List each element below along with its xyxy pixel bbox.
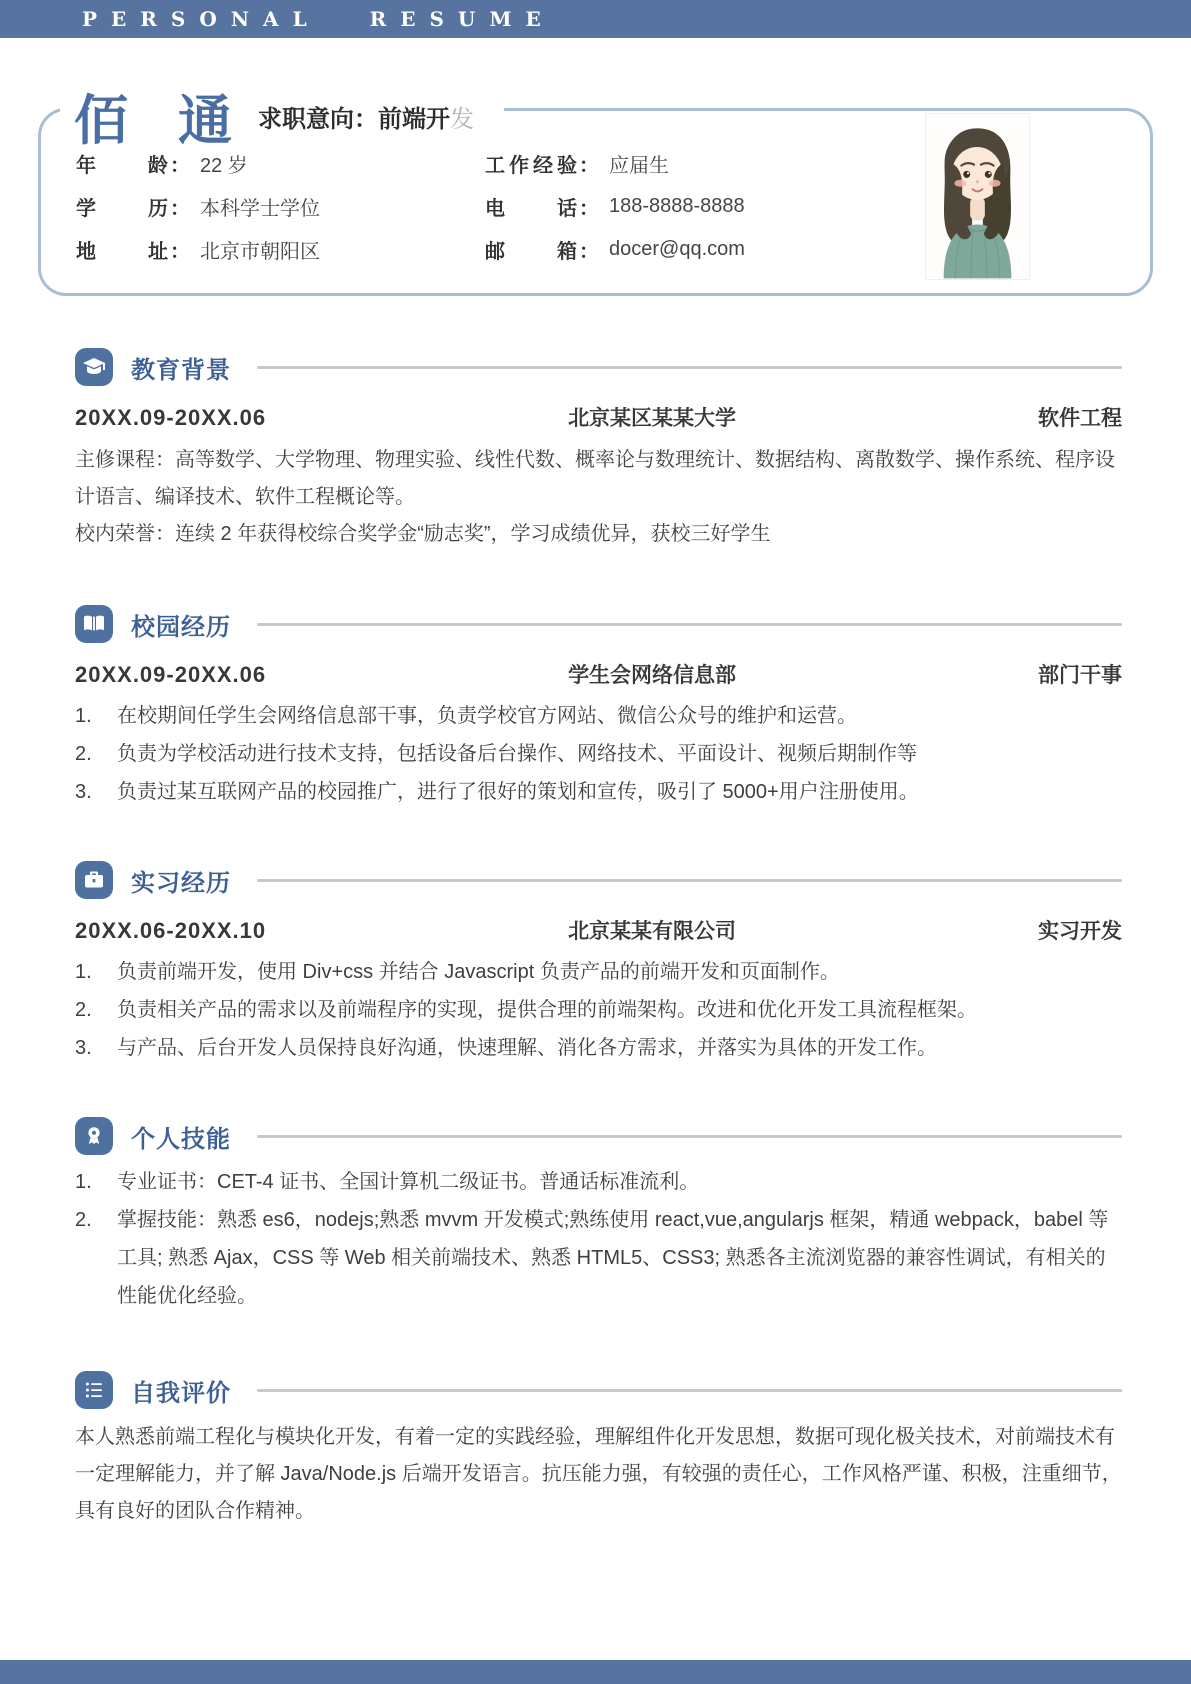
briefcase-icon — [82, 868, 106, 892]
item-text: 专业证书：CET-4 证书、全国计算机二级证书。普通话标准流利。 — [117, 1163, 1122, 1201]
skills-badge — [75, 1117, 113, 1155]
item-number: 1. — [75, 953, 117, 991]
education-courses: 主修课程：高等数学、大学物理、物理实验、线性代数、概率论与数理统计、数据结构、离… — [75, 442, 1122, 516]
education-date: 20XX.09-20XX.06 — [75, 405, 266, 431]
item-number: 3. — [75, 1029, 117, 1067]
candidate-name: 佰通 — [74, 94, 282, 148]
bullet-list-icon — [82, 1378, 106, 1402]
profile-info-grid: 年龄：22 岁 学历：本科学士学位 地址：北京市朝阳区 工作经验：应届生 电话：… — [76, 142, 845, 271]
top-banner: PERSONAL RESUME — [0, 0, 1191, 38]
section-education-header: 教育背景 — [75, 348, 1122, 386]
item-number: 2. — [75, 991, 117, 1029]
campus-badge — [75, 605, 113, 643]
section-title: 教育背景 — [131, 350, 231, 385]
education-badge — [75, 348, 113, 386]
info-label: 工作经验 — [485, 149, 577, 178]
info-row-education: 学历：本科学士学位 — [76, 185, 485, 228]
graduation-cap-icon — [82, 355, 106, 379]
info-label: 邮箱 — [485, 235, 577, 264]
avatar-illustration — [926, 114, 1029, 279]
internship-date: 20XX.06-20XX.10 — [75, 918, 266, 944]
list-item: 1.在校期间任学生会网络信息部干事，负责学校官方网站、微信公众号的维护和运营。 — [75, 697, 1122, 735]
list-item: 3.与产品、后台开发人员保持良好沟通，快速理解、消化各方需求，并落实为具体的开发… — [75, 1029, 1122, 1067]
info-label: 学历 — [76, 192, 168, 221]
list-item: 3.负责过某互联网产品的校园推广，进行了很好的策划和宣传，吸引了 5000+用户… — [75, 773, 1122, 811]
education-entry-row: 20XX.09-20XX.06 北京某区某某大学 软件工程 — [75, 402, 1122, 432]
section-internship: 实习经历 20XX.06-20XX.10 北京某某有限公司 实习开发 1.负责前… — [75, 861, 1122, 1067]
section-education: 教育背景 20XX.09-20XX.06 北京某区某某大学 软件工程 主修课程：… — [75, 348, 1122, 553]
section-title: 个人技能 — [131, 1119, 231, 1154]
info-colon: ： — [170, 235, 190, 264]
campus-organization: 学生会网络信息部 — [266, 659, 1038, 689]
info-row-experience: 工作经验：应届生 — [485, 142, 845, 185]
education-honors: 校内荣誉：连续 2 年获得校综合奖学金“励志奖”，学习成绩优异，获校三好学生 — [75, 516, 1122, 553]
item-number: 1. — [75, 697, 117, 735]
section-skills: 个人技能 1.专业证书：CET-4 证书、全国计算机二级证书。普通话标准流利。 … — [75, 1117, 1122, 1315]
section-title: 校园经历 — [131, 607, 231, 642]
medal-icon — [82, 1124, 106, 1148]
item-text: 与产品、后台开发人员保持良好沟通，快速理解、消化各方需求，并落实为具体的开发工作… — [117, 1029, 1122, 1067]
section-campus-header: 校园经历 — [75, 605, 1122, 643]
info-colon: ： — [579, 235, 599, 264]
section-self-evaluation: 自我评价 本人熟悉前端工程化与模块化开发，有着一定的实践经验，理解组件化开发思想… — [75, 1371, 1122, 1530]
section-title: 自我评价 — [131, 1373, 231, 1408]
info-value: 22 岁 — [200, 149, 248, 178]
section-divider — [257, 1389, 1122, 1392]
section-divider — [257, 879, 1122, 882]
list-item: 2.负责相关产品的需求以及前端程序的实现，提供合理的前端架构。改进和优化开发工具… — [75, 991, 1122, 1029]
name-block: 佰通 求职意向：前端开发 — [60, 74, 504, 148]
campus-item-list: 1.在校期间任学生会网络信息部干事，负责学校官方网站、微信公众号的维护和运营。 … — [75, 697, 1122, 811]
info-label: 电话 — [485, 192, 577, 221]
info-colon: ： — [170, 192, 190, 221]
item-number: 3. — [75, 773, 117, 811]
info-value: 188-8888-8888 — [609, 195, 745, 218]
internship-company: 北京某某有限公司 — [266, 915, 1038, 945]
education-major: 软件工程 — [1038, 402, 1122, 432]
info-colon: ： — [579, 149, 599, 178]
list-item: 1.负责前端开发，使用 Div+css 并结合 Javascript 负责产品的… — [75, 953, 1122, 991]
section-divider — [257, 623, 1122, 626]
section-divider — [257, 1135, 1122, 1138]
info-row-email: 邮箱：docer@qq.com — [485, 228, 845, 271]
job-intent-light: 发 — [450, 106, 474, 133]
info-value: docer@qq.com — [609, 238, 745, 261]
campus-role: 部门干事 — [1038, 659, 1122, 689]
section-internship-header: 实习经历 — [75, 861, 1122, 899]
info-label: 年龄 — [76, 149, 168, 178]
list-item: 2.负责为学校活动进行技术支持，包括设备后台操作、网络技术、平面设计、视频后期制… — [75, 735, 1122, 773]
item-text: 负责为学校活动进行技术支持，包括设备后台操作、网络技术、平面设计、视频后期制作等 — [117, 735, 1122, 773]
info-label: 地址 — [76, 235, 168, 264]
item-text: 负责过某互联网产品的校园推广，进行了很好的策划和宣传，吸引了 5000+用户注册… — [117, 773, 1122, 811]
info-row-address: 地址：北京市朝阳区 — [76, 228, 485, 271]
internship-role: 实习开发 — [1038, 915, 1122, 945]
banner-title: PERSONAL RESUME — [82, 7, 555, 31]
info-colon: ： — [170, 149, 190, 178]
internship-badge — [75, 861, 113, 899]
self-evaluation-details: 本人熟悉前端工程化与模块化开发，有着一定的实践经验，理解组件化开发思想，数据可现… — [75, 1419, 1122, 1530]
item-number: 1. — [75, 1163, 117, 1201]
education-school: 北京某区某某大学 — [266, 402, 1038, 432]
profile-photo — [925, 113, 1030, 280]
list-item: 2.掌握技能：熟悉 es6，nodejs;熟悉 mvvm 开发模式;熟练使用 r… — [75, 1201, 1122, 1315]
open-book-icon — [82, 612, 106, 636]
info-value: 应届生 — [609, 149, 669, 178]
section-campus: 校园经历 20XX.09-20XX.06 学生会网络信息部 部门干事 1.在校期… — [75, 605, 1122, 811]
item-text: 掌握技能：熟悉 es6，nodejs;熟悉 mvvm 开发模式;熟练使用 rea… — [117, 1201, 1122, 1315]
campus-date: 20XX.09-20XX.06 — [75, 662, 266, 688]
footer-bar — [0, 1660, 1191, 1684]
list-item: 1.专业证书：CET-4 证书、全国计算机二级证书。普通话标准流利。 — [75, 1163, 1122, 1201]
item-text: 在校期间任学生会网络信息部干事，负责学校官方网站、微信公众号的维护和运营。 — [117, 697, 1122, 735]
section-skills-header: 个人技能 — [75, 1117, 1122, 1155]
campus-entry-row: 20XX.09-20XX.06 学生会网络信息部 部门干事 — [75, 659, 1122, 689]
resume-page: PERSONAL RESUME 佰通 求职意向：前端开发 年龄：22 岁 学历：… — [0, 0, 1191, 1684]
section-self-evaluation-header: 自我评价 — [75, 1371, 1122, 1409]
item-text: 负责前端开发，使用 Div+css 并结合 Javascript 负责产品的前端… — [117, 953, 1122, 991]
internship-item-list: 1.负责前端开发，使用 Div+css 并结合 Javascript 负责产品的… — [75, 953, 1122, 1067]
item-text: 负责相关产品的需求以及前端程序的实现，提供合理的前端架构。改进和优化开发工具流程… — [117, 991, 1122, 1029]
section-title: 实习经历 — [131, 863, 231, 898]
info-colon: ： — [579, 192, 599, 221]
section-divider — [257, 366, 1122, 369]
info-row-phone: 电话：188-8888-8888 — [485, 185, 845, 228]
skills-item-list: 1.专业证书：CET-4 证书、全国计算机二级证书。普通话标准流利。 2.掌握技… — [75, 1163, 1122, 1315]
info-value: 本科学士学位 — [200, 192, 320, 221]
profile-header: 佰通 求职意向：前端开发 年龄：22 岁 学历：本科学士学位 地址：北京市朝阳区… — [0, 38, 1191, 300]
item-number: 2. — [75, 1201, 117, 1315]
self-evaluation-badge — [75, 1371, 113, 1409]
info-value: 北京市朝阳区 — [200, 235, 320, 264]
internship-entry-row: 20XX.06-20XX.10 北京某某有限公司 实习开发 — [75, 915, 1122, 945]
self-evaluation-paragraph: 本人熟悉前端工程化与模块化开发，有着一定的实践经验，理解组件化开发思想，数据可现… — [75, 1419, 1122, 1530]
job-intent: 求职意向：前端开发 — [258, 99, 474, 148]
info-row-age: 年龄：22 岁 — [76, 142, 485, 185]
education-details: 主修课程：高等数学、大学物理、物理实验、线性代数、概率论与数理统计、数据结构、离… — [75, 442, 1122, 553]
item-number: 2. — [75, 735, 117, 773]
job-intent-main: 求职意向：前端开 — [258, 106, 450, 133]
resume-content: 教育背景 20XX.09-20XX.06 北京某区某某大学 软件工程 主修课程：… — [0, 348, 1191, 1530]
